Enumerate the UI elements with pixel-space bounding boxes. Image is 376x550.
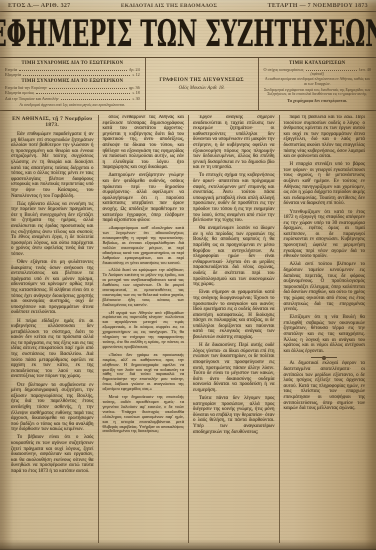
- quote-paragraph: »Αλλά διατί να κρύψωμεν την αλήθειαν; Το…: [103, 268, 185, 308]
- article-paragraph: Έργον ανάγκης σήμερον αναδεικνύεται η τα…: [193, 115, 275, 171]
- issue-number: ΕΤΟΣ Δ.— ΑΡΙΘ. 327: [8, 3, 71, 9]
- article-paragraph: Ταύτα πάντα δεν λέγομεν προς κατηγορίαν …: [193, 396, 275, 435]
- price-label: Ο στίχος καταχωρίσεως: [264, 67, 304, 72]
- page-header: ΕΤΟΣ Δ.— ΑΡΙΘ. 327 ΕΚΔΙΔΟΤΑΙ ΔΙΣ ΤΗΣ ΕΒΔ…: [0, 0, 376, 111]
- article-paragraph: παρά τη βασιλεία και τω λαώ. Περί τοιούτ…: [284, 115, 366, 160]
- price-value: » 30: [132, 96, 139, 101]
- article-paragraph: Το επιτυχές σχήμα της κυβερνήσεως δεν αρ…: [193, 173, 275, 223]
- column-4: παρά τη βασιλεία και τω λαώ. Περί τοιούτ…: [279, 115, 370, 543]
- dot-leader: [23, 72, 130, 76]
- price-row: Εξαμηνία» 12: [5, 72, 140, 77]
- price-label: Εξαμηνία: [5, 72, 21, 77]
- article-paragraph: Η δε δικαιοσύνη; Περί αυτής ουδέ λόγος γ…: [193, 343, 275, 393]
- office-title: ΓΡΑΦΕΙΟΝ ΤΗΣ ΔΙΕΥΘΥΝΣΕΩΣ: [159, 78, 244, 83]
- dateline: ΕΝ ΑΘΗΝΑΙΣ, τῇ 7 Νοεμβρίου 1873.: [11, 116, 94, 128]
- price-value: » 12: [132, 72, 139, 77]
- column-1: ΕΝ ΑΘΗΝΑΙΣ, τῇ 7 Νοεμβρίου 1873. Εάν επι…: [7, 115, 98, 543]
- article-paragraph: Θα αναμείνωμεν λοιπόν να ίδωμεν αν η νέα…: [193, 226, 275, 288]
- masthead: ΕΦΗΜΕΡΙΣ ΤΩΝ ΣΥΖΗΤΗΣΕΩΝ: [0, 12, 376, 58]
- dot-leader: [306, 67, 357, 71]
- domestic-header: ΤΙΜΗ ΣΥΝΔΡΟΜΗΣ ΔΙΑ ΤΟ ΕΣΩΤΕΡΙΚΟΝ: [5, 61, 140, 66]
- quote-paragraph: »Η αγορά των Αθηνών από εβδομάδων ευρίσκ…: [103, 311, 185, 351]
- column-3: Έργον ανάγκης σήμερον αναδεικνύεται η τα…: [188, 115, 279, 543]
- issue-date: ΤΕΤΑΡΤΗ — 7 ΝΟΕΜΒΡΙΟΥ 1873: [268, 3, 368, 9]
- topline: ΕΤΟΣ Δ.— ΑΡΙΘ. 327 ΕΚΔΙΔΟΤΑΙ ΔΙΣ ΤΗΣ ΕΒΔ…: [0, 0, 376, 12]
- advert-header: ΤΙΜΗ ΚΑΤΑΧΩΡΙΣΕΩΝ: [264, 61, 371, 66]
- subscription-info-row: ΤΙΜΗ ΣΥΝΔΡΟΜΗΣ ΔΙΑ ΤΟ ΕΣΩΤΕΡΙΚΟΝ Ετησίαδ…: [0, 58, 376, 111]
- masthead-title: ΕΦΗΜΕΡΙΣ ΤΩΝ ΣΥΖΗΤΗΣΕΩΝ: [0, 14, 376, 56]
- article-paragraph: Όθεν εξάγεται ότι μη φυλάττοντες διακρίσ…: [11, 260, 94, 316]
- subscription-box-domestic: ΤΙΜΗ ΣΥΝΔΡΟΜΗΣ ΔΙΑ ΤΟ ΕΣΩΤΕΡΙΚΟΝ Ετησίαδ…: [0, 58, 145, 110]
- article-paragraph: Υπενθυμίζομεν ότι κατά το έτος 1872 η εξ…: [284, 210, 366, 260]
- article-paragraph: Διατηρούμεν ανεξάρτητον γνώμην και δεν φ…: [103, 173, 185, 223]
- article-paragraph: Η επαρχία στενάζει υπό το βάρος των φόρω…: [284, 162, 366, 207]
- advert-sub-note: (εφάπαξ): [264, 72, 371, 76]
- office-box: ΓΡΑΦΕΙΟΝ ΤΗΣ ΔΙΕΥΘΥΝΣΕΩΣ Οδός Μουσών Αρι…: [145, 58, 258, 110]
- subscription-note: Αι συνδρομαί άρχονται από 1ης εκάστου μη…: [5, 103, 140, 107]
- quote-paragraph: Μετά την δημοσίευσιν της επιστολής ταύτη…: [103, 395, 185, 435]
- price-row: Διά την Τουρκίαν και Ανατολήν» 30: [5, 96, 140, 101]
- article-paragraph: Η πείρα εδίδαξεν ημάς ότι αι κυβερνήσεις…: [11, 319, 94, 381]
- article-paragraph: όπως ενεθάρρυνε τας Αθήνας και εφείλκυσε…: [103, 115, 185, 171]
- article-paragraph: Εάν επιθυμώμεν παραδείγματα ή αν μη θέλω…: [11, 132, 94, 199]
- article-columns: ΕΝ ΑΘΗΝΑΙΣ, τῇ 7 Νοεμβρίου 1873. Εάν επι…: [0, 111, 376, 543]
- article-paragraph: Πώς ηδύνατο άλλως να εννοήση τις την πορ…: [11, 202, 94, 258]
- dot-leader: [19, 67, 127, 71]
- article-paragraph: Ελπίζομεν ότι η νέα Βουλή θα επιληφθή σο…: [284, 315, 366, 354]
- manuscripts-note: Τα χειρόγραφα δεν επιστρέφονται.: [264, 98, 371, 103]
- article-paragraph: Το βέβαιον είναι ότι ο λαός κουρασθείς ε…: [11, 435, 94, 474]
- publication-frequency: ΕΚΔΙΔΟΤΑΙ ΔΙΣ ΤΗΣ ΕΒΔΟΜΑΔΟΣ: [121, 3, 217, 9]
- article-paragraph: Αι δημοτικαί εκλογαί έφερον τα διατεταγμ…: [284, 361, 366, 411]
- quote-paragraph: »Ταύτα δεν γράφω εκ προσωπικής πικρίας, …: [103, 353, 185, 393]
- quoted-letter-block: «Διαμαρτύρομαι καθ' ολοκληρίαν κατά των …: [103, 226, 185, 434]
- article-paragraph: Είναι σήμερον αι γραμματείαι κατά της αν…: [193, 290, 275, 340]
- office-address: Οδός Μουσών Αριθ. 18.: [179, 86, 225, 91]
- advert-note: Αι καθυστερούμεναι συνδρομαί πληρώνονται…: [264, 77, 371, 86]
- dot-leader: [36, 90, 130, 94]
- dot-leader: [61, 96, 131, 100]
- column-2: όπως ενεθάρρυνε τας Αθήνας και εφείλκυσε…: [98, 115, 189, 543]
- article-paragraph: Αλλά αντί τούτου βλέπομεν το δημόσιον τα…: [284, 262, 366, 312]
- dot-leader: [49, 85, 127, 89]
- foreign-header: ΤΙΜΗ ΣΥΝΔΡΟΜΗΣ ΔΙΑ ΤΟ ΕΞΩΤΕΡΙΚΟΝ: [5, 79, 140, 84]
- price-label: Διά την Τουρκίαν και Ανατολήν: [5, 96, 59, 101]
- advert-price-box: ΤΙΜΗ ΚΑΤΑΧΩΡΙΣΕΩΝ Ο στίχος καταχωρίσεωςλ…: [258, 58, 376, 110]
- quote-paragraph: «Διαμαρτύρομαι καθ' ολοκληρίαν κατά των …: [103, 226, 185, 266]
- article-paragraph: Ότε βλέπομεν τα συμβαίνοντα εν μέση δημο…: [11, 383, 94, 433]
- advert-note: Συνδρομηταί εγγράφονται παρά τοις διευθυ…: [264, 88, 371, 97]
- section-divider-ornament: [284, 357, 366, 358]
- price-value: λεπ. 40: [359, 67, 371, 72]
